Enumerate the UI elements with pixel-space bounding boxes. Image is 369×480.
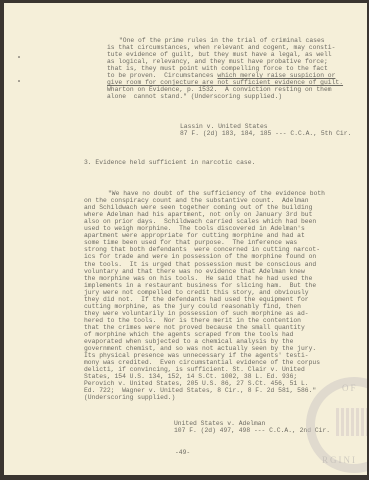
seal-building-icon (336, 408, 367, 436)
quote-2-line: evaporated when subjected to a chemical … (84, 338, 325, 345)
case-name: Lassin v. United States (180, 123, 351, 130)
quote-2-line: States, 154 U.S. 134, 152, 14 S.Ct. 1002… (84, 373, 325, 380)
citation-1: Lassin v. United States87 F. (2d) 183, 1… (180, 116, 351, 151)
quote-2: "We have no doubt of the sufficiency of … (84, 183, 325, 416)
quote-2-line: some time been used for that purpose. Th… (84, 239, 325, 246)
margin-mark (18, 80, 20, 82)
quote-2-line: cutting morphine, as the jury could reas… (84, 303, 325, 310)
margin-mark (18, 56, 20, 58)
quote-2-line: voluntary and that there was no evidence… (84, 268, 325, 275)
quote-2-line: strong that both defendants were concern… (84, 246, 325, 253)
quote-2-line: (Underscoring supplied.) (84, 394, 325, 401)
quote-2-line: delicti, if convincing, is sufficient. S… (84, 366, 325, 373)
quote-2-line: Ed. 722; Wagner v. United States, 8 Cir.… (84, 387, 325, 394)
case-reference: 87 F. (2d) 183, 184, 185 --- C.C.A., 5th… (180, 130, 351, 137)
quote-2-line: used to weigh morphine. The tools discov… (84, 225, 325, 232)
quote-2-line: also on prior days. Schildwach carried s… (84, 218, 325, 225)
quote-2-line: government chemist, and so was not actua… (84, 345, 325, 352)
quote-1: "One of the prime rules in the trial of … (107, 30, 343, 115)
quote-1-line: Wharton on Evidence, p. 1532. A convicti… (107, 86, 343, 93)
quote-2-line: jury were not compelled to credit this s… (84, 289, 325, 296)
quote-1-line: alone cannot stand." (Underscoring suppl… (107, 93, 343, 100)
quote-2-line: the tools. It is urged that possession m… (84, 261, 325, 268)
quote-1-line: "One of the prime rules in the trial of … (107, 37, 343, 44)
quote-2-line: they did not. If the defendants had used… (84, 296, 325, 303)
page-number: -49- (175, 449, 190, 456)
quote-2-line: apartment were appropriate for cutting m… (84, 232, 325, 239)
seal-text-bottom: RGINI (322, 455, 357, 465)
quote-2-line: that the crimes were not proved because … (84, 324, 325, 331)
quote-2-line: implements in a restaurant business for … (84, 282, 325, 289)
quote-2-line: where Adelman had his apartment, not onl… (84, 211, 325, 218)
document-page: "One of the prime rules in the trial of … (4, 3, 367, 475)
quote-2-line: the morphine was on his tools. He said t… (84, 275, 325, 282)
underlined-text: which merely raise suspicion or (217, 72, 335, 79)
section-heading: 3. Evidence held sufficient in narcotic … (84, 159, 255, 166)
quote-2-line: and Schildwach were seen together coming… (84, 204, 325, 211)
quote-1-line: as logical, relevancy, and they must hav… (107, 58, 343, 65)
seal-text-top: OF (342, 383, 358, 393)
quote-1-line: to be proven. Circumstances (107, 72, 217, 79)
quote-2-line: of morphine which the agents scraped fro… (84, 331, 325, 338)
underlined-text: give room for conjecture are not suffici… (107, 79, 343, 86)
quote-1-line: that is, they must point with compelling… (107, 65, 343, 72)
quote-2-line: they were voluntarily in possession of s… (84, 310, 325, 317)
quote-2-line: Its physical presence was unnecessary if… (84, 352, 325, 359)
quote-2-line: ics for trade and were in possession of … (84, 253, 325, 260)
quote-2-line: Perovich v. United States, 205 U.S. 86, … (84, 380, 325, 387)
quote-1-line: is that circumstances, when relevant and… (107, 44, 343, 51)
quote-2-line: hered to the tools. Nor is there merit i… (84, 317, 325, 324)
quote-2-line: mony was credited. Even circumstantial e… (84, 359, 325, 366)
quote-2-line: on the conspiracy count and the substant… (84, 197, 325, 204)
quote-2-line: "We have no doubt of the sufficiency of … (84, 190, 325, 197)
quote-1-line: tute evidence of guilt, but they must ha… (107, 51, 343, 58)
